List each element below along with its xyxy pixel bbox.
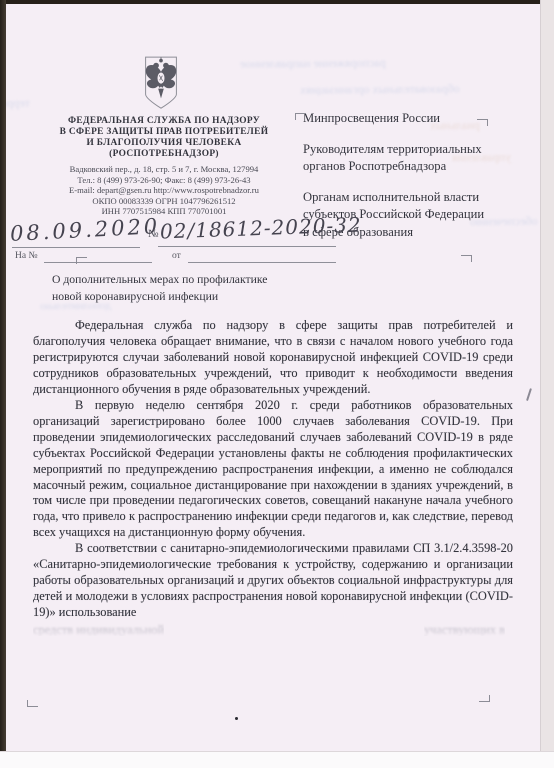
letterhead-contact-block: Вадковский пер., д. 18, стр. 5 и 7, г. М… xyxy=(18,164,310,217)
body-paragraph-3: В соответствии с санитарно-эпидемиологич… xyxy=(33,541,513,621)
contact-line: Вадковский пер., д. 18, стр. 5 и 7, г. М… xyxy=(18,164,310,175)
faded-text-fragment: средств индивидуальной xyxy=(33,623,164,636)
crop-mark xyxy=(477,119,488,126)
reply-ref-underline xyxy=(44,262,152,263)
reply-ref-label: На № xyxy=(15,251,38,261)
pen-tick-mark xyxy=(526,388,531,401)
letter-body: Федеральная служба по надзору в сфере за… xyxy=(33,318,513,636)
crop-mark xyxy=(76,257,87,264)
bleedthrough-text: распоряжение направленное xyxy=(240,55,386,71)
body-paragraph-1: Федеральная служба по надзору в сфере за… xyxy=(33,318,513,398)
handwritten-date: 08.09.2020 xyxy=(9,214,160,246)
letterhead-org-name: ФЕДЕРАЛЬНАЯ СЛУЖБА ПО НАДЗОРУ В СФЕРЕ ЗА… xyxy=(28,116,300,160)
russian-coat-of-arms-icon xyxy=(140,54,182,112)
date-underline xyxy=(12,247,140,248)
addressee-line: органов Роспотребнадзора xyxy=(303,158,503,176)
letter-subject: О дополнительных мерах по профилактике н… xyxy=(52,272,352,305)
bleedthrough-text: образовательных организациях xyxy=(300,81,460,97)
faded-cutoff-line: средств индивидуальной участвующих в xyxy=(33,623,513,636)
addressee-1: Минпросвещения России xyxy=(303,110,503,128)
contact-line: E-mail: depart@gsen.ru http://www.rospot… xyxy=(18,185,310,196)
addressee-line: Органам исполнительной власти xyxy=(303,189,503,207)
scan-edge-top xyxy=(0,0,554,4)
crop-mark xyxy=(295,113,306,120)
ink-dot xyxy=(235,717,238,720)
reply-date-label: от xyxy=(172,251,181,261)
org-line: ФЕДЕРАЛЬНАЯ СЛУЖБА ПО НАДЗОРУ xyxy=(28,116,300,127)
addressee-line: Минпросвещения России xyxy=(303,110,503,128)
crop-mark xyxy=(479,695,490,702)
org-line: (РОСПОТРЕБНАДЗОР) xyxy=(28,149,300,160)
scan-edge-bottom xyxy=(0,751,554,768)
addressee-2: Руководителям территориальных органов Ро… xyxy=(303,141,503,176)
faded-text-fragment: участвующих в xyxy=(424,623,505,636)
scan-edge-right xyxy=(540,0,554,768)
number-symbol: № xyxy=(148,228,159,240)
subject-line: О дополнительных мерах по профилактике xyxy=(52,272,352,289)
contact-line: Тел.: 8 (499) 973-26-90; Факс: 8 (499) 9… xyxy=(18,175,310,186)
crop-mark xyxy=(461,255,472,262)
subject-line: новой коронавирусной инфекции xyxy=(52,289,352,306)
number-underline xyxy=(158,246,336,247)
body-paragraph-2: В первую неделю сентября 2020 г. среди р… xyxy=(33,398,513,542)
crop-mark xyxy=(27,700,38,707)
addressee-line: Руководителям территориальных xyxy=(303,141,503,159)
org-line: И БЛАГОПОЛУЧИЯ ЧЕЛОВЕКА xyxy=(28,138,300,149)
contact-line: ОКПО 00083339 ОГРН 1047796261512 xyxy=(18,196,310,207)
reply-date-underline xyxy=(188,262,336,263)
scanned-letter-page: распоряжение направленное образовательны… xyxy=(0,0,554,768)
org-line: В СФЕРЕ ЗАЩИТЫ ПРАВ ПОТРЕБИТЕЛЕЙ xyxy=(28,127,300,138)
scan-edge-left xyxy=(0,0,6,768)
